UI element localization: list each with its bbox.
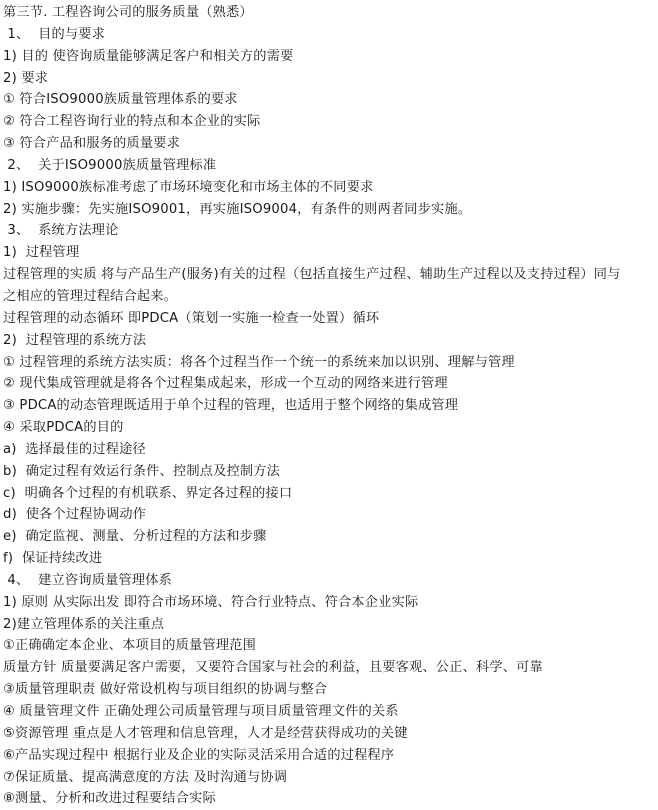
text-line-item: 1) 目的 使咨询质量能够满足客户和相关方的需要: [3, 46, 658, 68]
text-line-heading: 2、 关于ISO9000族质量管理标准: [3, 155, 658, 177]
text-line-subitem: ③ 符合产品和服务的质量要求: [3, 133, 658, 155]
text-line-paragraph: 过程管理的动态循环 即PDCA（策划一实施一检查一处置）循环: [3, 308, 658, 330]
text-line-subitem: ⑥产品实现过程中 根据行业及企业的实际灵活采用合适的过程程序: [3, 745, 658, 767]
text-line-paragraph: 之相应的管理过程结合起来。: [3, 286, 658, 308]
text-line-subitem: ⑧测量、分析和改进过程要结合实际: [3, 788, 658, 810]
text-line-section-title: 第三节. 工程咨询公司的服务质量（熟悉）: [3, 2, 658, 24]
text-line-subitem: ③质量管理职责 做好常设机构与项目组织的协调与整合: [3, 679, 658, 701]
text-line-subitem: ② 现代集成管理就是将各个过程集成起来，形成一个互动的网络来进行管理: [3, 373, 658, 395]
text-line-subitem: ③ PDCA的动态管理既适用于单个过程的管理，也适用于整个网络的集成管理: [3, 395, 658, 417]
text-line-subitem: ⑦保证质量、提高满意度的方法 及时沟通与协调: [3, 767, 658, 789]
text-line-item: 2) 实施步骤：先实施ISO9001，再实施ISO9004，有条件的则两者同步实…: [3, 199, 658, 221]
text-line-subitem: ④ 采取PDCA的目的: [3, 417, 658, 439]
text-line-subitem: ① 过程管理的系统方法实质：将各个过程当作一个统一的系统来加以识别、理解与管理: [3, 352, 658, 374]
text-line-heading: 3、 系统方法理论: [3, 220, 658, 242]
text-line-item: 1) ISO9000族标准考虑了市场环境变化和市场主体的不同要求: [3, 177, 658, 199]
text-line-letter-item: a) 选择最佳的过程途径: [3, 439, 658, 461]
text-line-item: 2) 过程管理的系统方法: [3, 330, 658, 352]
text-line-subitem: ⑤资源管理 重点是人才管理和信息管理，人才是经营获得成功的关键: [3, 723, 658, 745]
text-line-item: 1) 原则 从实际出发 即符合市场环境、符合行业特点、符合本企业实际: [3, 592, 658, 614]
text-line-letter-item: d) 使各个过程协调动作: [3, 504, 658, 526]
text-line-item: 2)建立管理体系的关注重点: [3, 614, 658, 636]
text-line-subitem: ④ 质量管理文件 正确处理公司质量管理与项目质量管理文件的关系: [3, 701, 658, 723]
text-line-letter-item: c) 明确各个过程的有机联系、界定各过程的接口: [3, 483, 658, 505]
text-line-paragraph: 过程管理的实质 将与产品生产(服务)有关的过程（包括直接生产过程、辅助生产过程以…: [3, 264, 658, 286]
text-line-item: 2) 要求: [3, 68, 658, 90]
text-line-paragraph: 质量方针 质量要满足客户需要，又要符合国家与社会的利益，且要客观、公正、科学、可…: [3, 657, 658, 679]
text-line-item: 1) 过程管理: [3, 242, 658, 264]
text-line-letter-item: b) 确定过程有效运行条件、控制点及控制方法: [3, 461, 658, 483]
text-line-letter-item: f) 保证持续改进: [3, 548, 658, 570]
text-line-subitem: ① 符合ISO9000族质量管理体系的要求: [3, 89, 658, 111]
text-line-letter-item: e) 确定监视、测量、分析过程的方法和步骤: [3, 526, 658, 548]
text-line-subitem: ② 符合工程咨询行业的特点和本企业的实际: [3, 111, 658, 133]
document-body: 第三节. 工程咨询公司的服务质量（熟悉） 1、 目的与要求1) 目的 使咨询质量…: [3, 2, 658, 810]
text-line-heading: 4、 建立咨询质量管理体系: [3, 570, 658, 592]
text-line-heading: 1、 目的与要求: [3, 24, 658, 46]
text-line-subitem: ①正确确定本企业、本项目的质量管理范围: [3, 635, 658, 657]
